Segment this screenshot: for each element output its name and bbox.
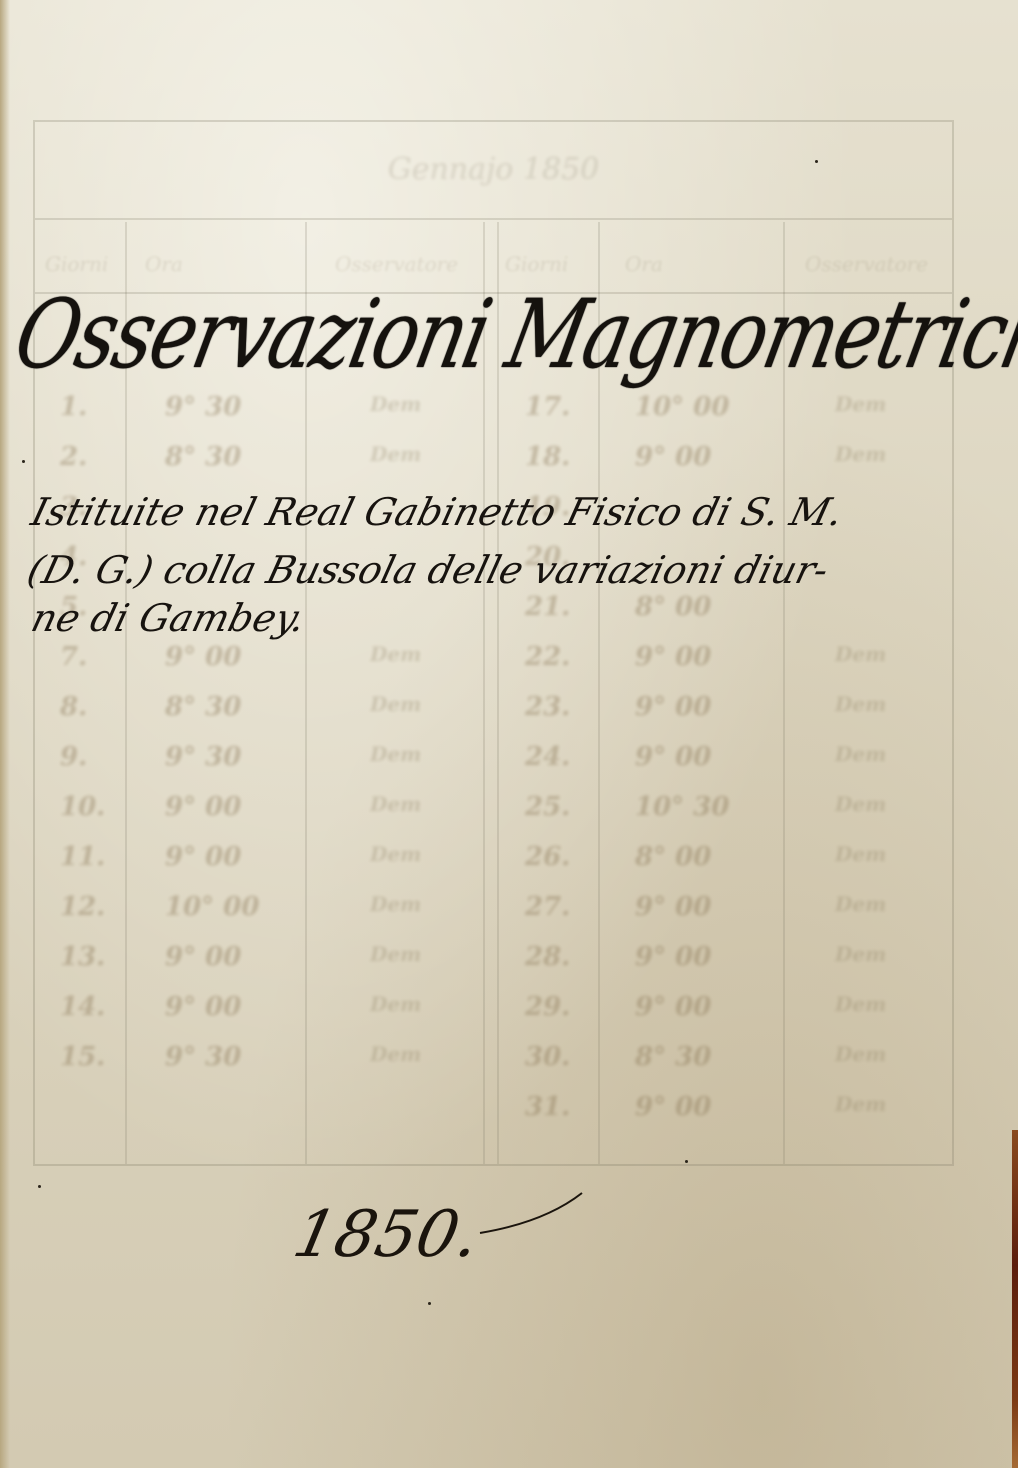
table-row: 12. 10° 00 Dem 27. 9° 00 Dem (35, 892, 952, 942)
bleed-divider (35, 218, 952, 220)
table-row: 7. 9° 00 Dem 22. 9° 00 Dem (35, 642, 952, 692)
table-row: 11. 9° 00 Dem 26. 8° 00 Dem (35, 842, 952, 892)
page-torn-right-edge (1012, 1130, 1018, 1468)
subtitle-line-1: Istituite nel Real Gabinetto Fisico di S… (27, 490, 848, 534)
bleed-header: Giorni (505, 252, 568, 276)
ink-speck (685, 1160, 688, 1163)
ink-speck (38, 1185, 41, 1188)
table-row: 31. 9° 00 Dem (35, 1092, 952, 1142)
table-row: 14. 9° 00 Dem 29. 9° 00 Dem (35, 992, 952, 1042)
subtitle-line-2: (D. G.) colla Bussola delle variazioni d… (23, 548, 833, 592)
bleed-header: Ora (145, 252, 183, 276)
subtitle-line-3: ne di Gambey. (27, 596, 310, 640)
table-row: 1. 9° 30 Dem 17. 10° 00 Dem (35, 392, 952, 442)
document-year: 1850. (287, 1198, 486, 1272)
table-row: 2. 8° 30 Dem 18. 9° 00 Dem (35, 442, 952, 492)
ink-speck (815, 160, 818, 163)
bleed-header: Ora (625, 252, 663, 276)
table-row: 8. 8° 30 Dem 23. 9° 00 Dem (35, 692, 952, 742)
ink-speck (22, 460, 25, 463)
table-row: 13. 9° 00 Dem 28. 9° 00 Dem (35, 942, 952, 992)
table-row: 9. 9° 30 Dem 24. 9° 00 Dem (35, 742, 952, 792)
table-row: 10. 9° 00 Dem 25. 10° 30 Dem (35, 792, 952, 842)
document-title: Osservazioni Magnometriche (6, 278, 1010, 389)
bleed-table-title: Gennajo 1850 (35, 152, 952, 187)
manuscript-page: Gennajo 1850 Giorni Ora Osservatore Gior… (0, 0, 1018, 1468)
bleed-header: Osservatore (805, 252, 928, 276)
table-row: 15. 9° 30 Dem 30. 8° 30 Dem (35, 1042, 952, 1092)
page-left-edge (0, 0, 10, 1468)
bleed-through-table: Gennajo 1850 Giorni Ora Osservatore Gior… (33, 120, 954, 1166)
bleed-header: Giorni (45, 252, 108, 276)
ink-speck (428, 1302, 431, 1305)
bleed-header: Osservatore (335, 252, 458, 276)
year-flourish-decoration (470, 1188, 590, 1248)
